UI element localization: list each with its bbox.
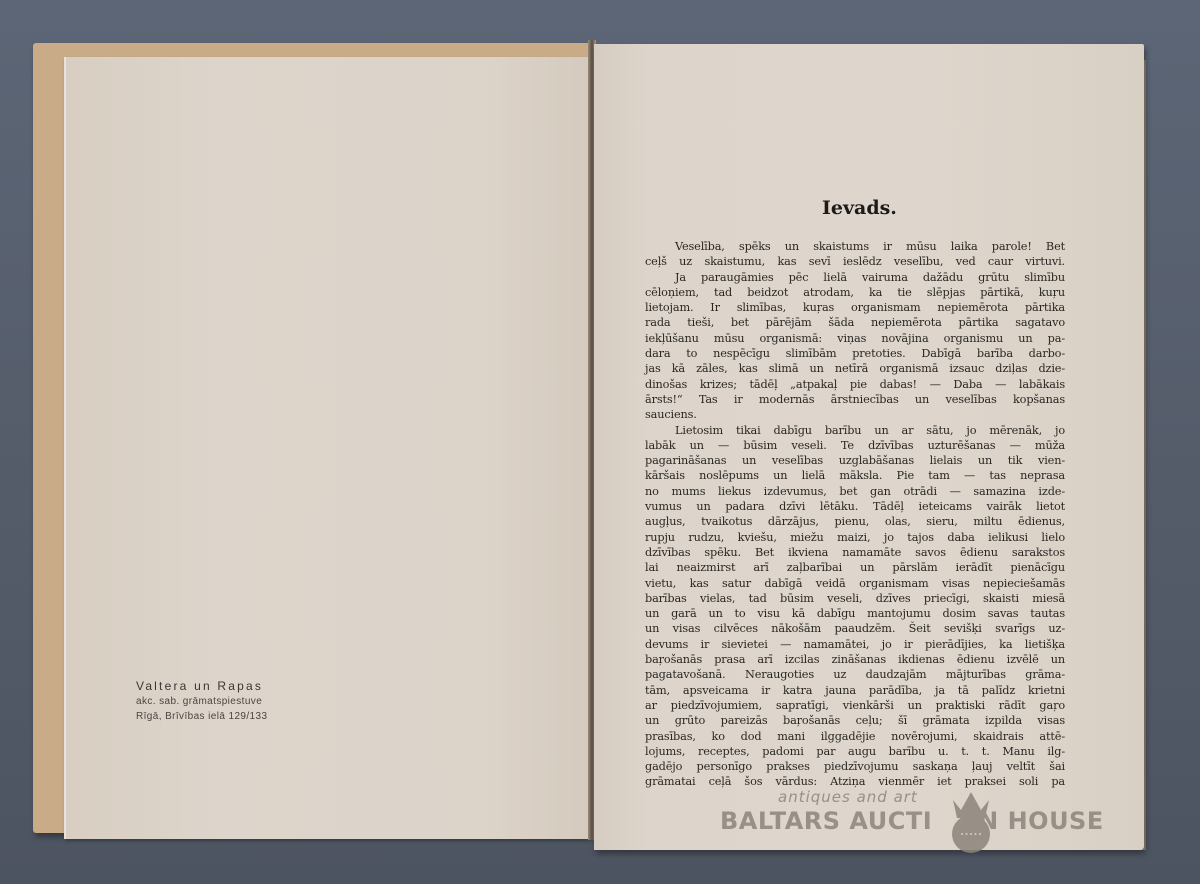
text-line: un garā un to visu kā dabīgu mantojumu d… xyxy=(645,606,1065,621)
text-line: dara to nespēcīgu slimībām pretoties. Da… xyxy=(645,346,1065,361)
text-line: cēloņiem, tad beidzot atrodam, ka tie sl… xyxy=(645,285,1065,300)
text-line: pagarināšanas un veselības uzglabāšanas … xyxy=(645,453,1065,468)
body-text: Veselība, spēks un skaistums ir mūsu lai… xyxy=(645,239,1065,790)
text-line: vumus un padara dzīvi lētāku. Tādēļ iete… xyxy=(645,499,1065,514)
imprint-publisher: Valtera un Rapas xyxy=(136,678,336,694)
watermark-name: BALTARS AUCTIN HOUSE xyxy=(720,807,1104,835)
text-line: ārsts!“ Tas ir modernās ārstniecības un … xyxy=(645,392,1065,407)
text-line: tām, apsveicama ir katra jauna parādība,… xyxy=(645,683,1065,698)
text-line: ceļš uz skaistumu, kas sevī ieslēdz vese… xyxy=(645,254,1065,269)
text-line: dzīvības spēku. Bet ikviena namamāte sav… xyxy=(645,545,1065,560)
text-line: gadējo personīgo prakses piedzīvojumu sa… xyxy=(645,759,1065,774)
text-line: barības vielas, tad būsim veseli, dzīves… xyxy=(645,591,1065,606)
text-line: labāk un — būsim veseli. Te dzīvības uzt… xyxy=(645,438,1065,453)
watermark-name-right: N HOUSE xyxy=(978,807,1104,835)
text-line: Lietosim tikai dabīgu barību un ar sātu,… xyxy=(645,423,1065,438)
imprint-company: akc. sab. grāmatspiestuve xyxy=(136,694,336,709)
text-line: augļus, tvaikotus dārzājus, pienu, olas,… xyxy=(645,514,1065,529)
text-line: Ja paraugāmies pēc lielā vairuma dažādu … xyxy=(645,270,1065,285)
text-line: devums ir sievietei — namamātei, jo ir p… xyxy=(645,637,1065,652)
text-line: dinošas krizes; tādēļ „atpakaļ pie dabas… xyxy=(645,377,1065,392)
text-line: jas kā zāles, kas slimā un netīrā organi… xyxy=(645,361,1065,376)
text-line: prasības, ko dod mani ilggadējie novēroj… xyxy=(645,729,1065,744)
printer-imprint: Valtera un Rapas akc. sab. grāmatspiestu… xyxy=(136,678,336,724)
text-line: vietu, kas satur dabīgā veidā organismam… xyxy=(645,576,1065,591)
text-line: baŗošanās prasa arī izcilas zināšanas ik… xyxy=(645,652,1065,667)
text-line: iekļūšanu mūsu organismā: viņas novājina… xyxy=(645,331,1065,346)
chapter-heading: Ievads. xyxy=(822,197,897,219)
crown-logo-icon xyxy=(951,788,991,854)
imprint-address: Rīgā, Brīvības ielā 129/133 xyxy=(136,709,336,724)
text-line: pagatavošanā. Neraugoties uz daudzajām m… xyxy=(645,667,1065,682)
text-line: un grūto pareizās baŗošanās ceļu; šī grā… xyxy=(645,713,1065,728)
text-line: lietojam. Ir slimības, kuŗas organismam … xyxy=(645,300,1065,315)
text-line: rada tieši, bet pārējām šāda nepiemērota… xyxy=(645,315,1065,330)
text-line: ar piedzīvojumiem, sapratīgi, vienkārši … xyxy=(645,698,1065,713)
watermark-tagline: antiques and art xyxy=(778,788,918,806)
open-book: Valtera un Rapas akc. sab. grāmatspiestu… xyxy=(0,0,1200,884)
text-line: Veselība, spēks un skaistums ir mūsu lai… xyxy=(645,239,1065,254)
text-line: sauciens. xyxy=(645,407,1065,422)
text-line: kāršais noslēpums un lielā māksla. Pie t… xyxy=(645,468,1065,483)
text-line: rupju rudzu, kviešu, miežu maizi, jo taj… xyxy=(645,530,1065,545)
text-line: un visas cilvēces nākošām paaudzēm. Šeit… xyxy=(645,621,1065,636)
text-line: lai neaizmirst arī zaļbarībai un pārslām… xyxy=(645,560,1065,575)
text-line: lojums, receptes, padomi par augu barību… xyxy=(645,744,1065,759)
watermark-name-left: BALTARS AUCTI xyxy=(720,807,932,835)
text-line: no mums liekus izdevumus, bet gan otrādi… xyxy=(645,484,1065,499)
